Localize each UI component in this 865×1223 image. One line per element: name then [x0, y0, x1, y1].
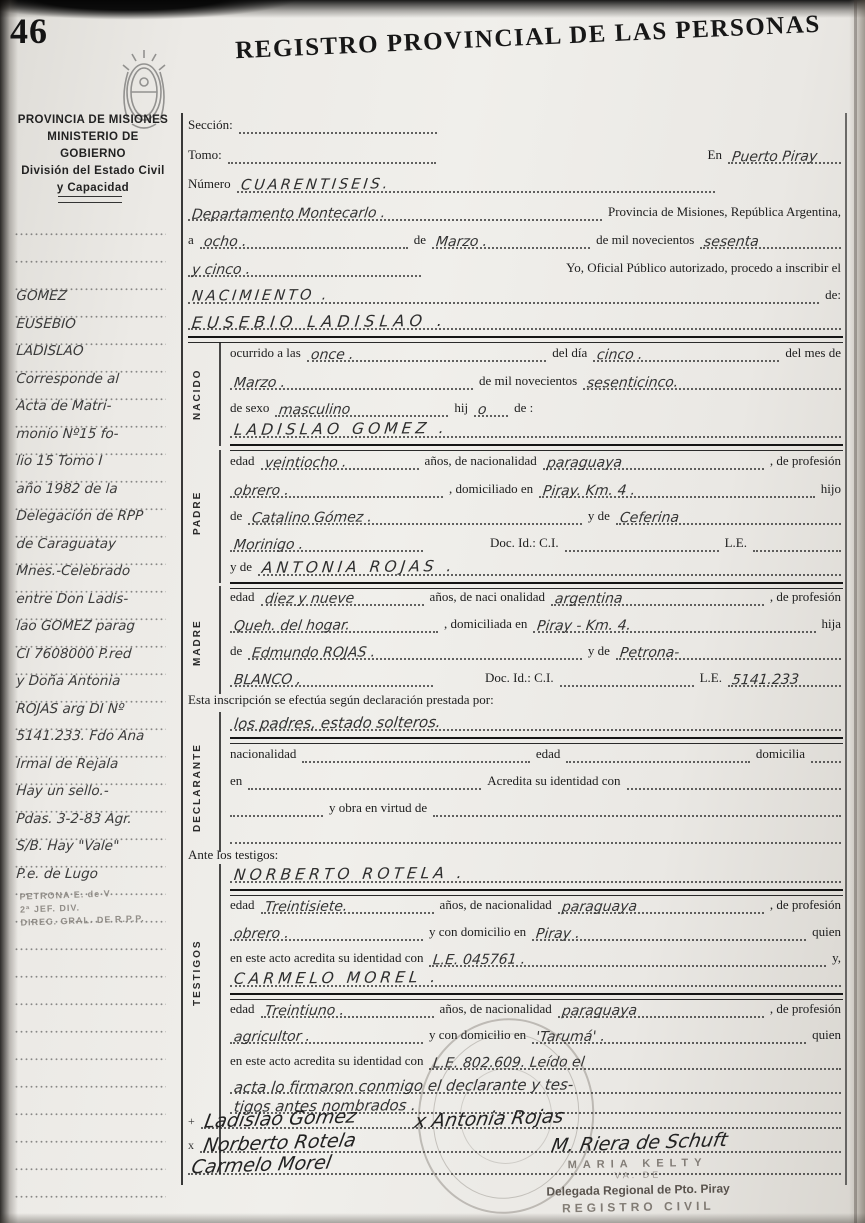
- margin-note-line: lao GOMEZ parag: [15, 618, 175, 646]
- mes-nac-handwritten: Marzo .: [233, 375, 286, 392]
- edad-label-d: edad: [536, 747, 561, 763]
- testigo2-nacionalidad-line: paraguaya: [558, 1001, 764, 1018]
- anos-nac-label: años, de nacionalidad: [425, 454, 537, 470]
- row-nacido-sexo: de sexo masculino hij o de :: [230, 400, 841, 417]
- row-anio2: y cinco . Yo, Oficial Público autorizado…: [188, 260, 841, 277]
- padre-edad-handwritten: veintiocho .: [264, 455, 348, 472]
- testigo2-domicilio-line: 'Tarumá' .: [532, 1027, 806, 1044]
- row-testigo1-edad: edad Treintisiete. años, de nacionalidad…: [230, 897, 841, 914]
- y-coma-label: y,: [832, 951, 841, 967]
- row-fecha: a ocho . de Marzo . de mil novecientos s…: [188, 232, 841, 249]
- le-label: L.E.: [725, 536, 747, 552]
- nacido-bracket: [219, 342, 221, 446]
- scan-edge-right: [849, 0, 865, 1223]
- domiciliado-label: , domiciliado en: [449, 482, 533, 498]
- numero-line: CUARENTISEIS.: [237, 176, 715, 193]
- doc-ci-label-m: Doc. Id.: C.I.: [485, 671, 554, 687]
- anos-nac-label-t2: años, de nacionalidad: [440, 1002, 552, 1018]
- madre-nombre-handwritten: ANTONIA ROJAS .: [261, 558, 457, 577]
- row-acto: NACIMIENTO . de:: [188, 287, 841, 304]
- departamento-handwritten: Departamento Montecarlo .: [191, 205, 386, 223]
- row-madre-abuelos: de Edmundo ROJAS . y de Petrona-: [230, 643, 841, 660]
- row-declarante-extra: [230, 827, 841, 844]
- separator-rule: [188, 336, 843, 343]
- margin-note-line: año 1982 de la: [15, 481, 175, 509]
- ante-testigos-label: Ante los testigos:: [188, 848, 278, 864]
- margin-note-line: de Caraguatay: [15, 536, 175, 564]
- separator-rule: [230, 737, 843, 744]
- abuelo-p-handwritten: Catalino Gómez .: [251, 509, 373, 526]
- declarante-nacionalidad-line: [302, 746, 529, 763]
- margin-note-line: entre Don Ladis-: [15, 591, 175, 619]
- anio-handwritten: sesenta: [703, 234, 760, 251]
- dia-nac-line: cinco .: [593, 345, 779, 362]
- testigo2-profesion-handwritten: agricultor .: [233, 1029, 311, 1046]
- firma-marca-1: +: [188, 1115, 195, 1129]
- padre-bracket: [219, 450, 221, 583]
- domicilia-label: domicilia: [756, 747, 805, 763]
- margin-note-line: 5141.233. Fdo Ana: [15, 728, 175, 756]
- row-departamento: Departamento Montecarlo . Provincia de M…: [188, 204, 841, 221]
- acredita-label-t1: en este acto acredita su identidad con: [230, 951, 423, 967]
- row-madre-edad: edad diez y nueve años, de naci onalidad…: [230, 589, 841, 606]
- row-declarante-obra: y obra en virtud de: [230, 800, 841, 817]
- spacer: [429, 542, 484, 552]
- row-ante-testigos: Ante los testigos:: [188, 848, 841, 864]
- declarante-section-label: DECLARANTE: [192, 730, 203, 845]
- margin-note-line: Corresponde al: [15, 371, 175, 399]
- delegada-stamp: MARIA KELTY VA. DE Delegada Regional de …: [488, 1155, 789, 1216]
- margin-note-line: y Doña Antonia: [15, 673, 175, 701]
- scanned-birth-certificate: 46 REGISTRO PROVINCIAL DE LAS PERSONAS P…: [0, 0, 865, 1223]
- scan-edge-bottom: [0, 1213, 865, 1223]
- row-testigo1-doc: en este acto acredita su identidad con L…: [230, 950, 841, 967]
- margin-note-line: ROJAS arg DI Nº: [15, 701, 175, 729]
- madre-domicilio-handwritten: Piray - Km. 4.: [536, 617, 632, 634]
- hijo-o-handwritten: o: [477, 402, 487, 418]
- row-declarante-acredita: en Acredita su identidad con: [230, 773, 841, 790]
- testigo1-nacionalidad-handwritten: paraguaya: [561, 899, 638, 916]
- sexo-label: de sexo: [230, 401, 269, 417]
- margin-note-line: LADISLAO: [15, 343, 175, 371]
- le-label-m: L.E.: [700, 671, 722, 687]
- padre-domicilio-line: Piray. Km. 4 .: [539, 481, 815, 498]
- declarante-intro-label: Esta inscripción se efectúa según declar…: [188, 693, 494, 709]
- edad-label: edad: [230, 454, 255, 470]
- declarante-valor-handwritten: los padres, estado solteros.: [233, 714, 442, 733]
- separator-rule: [230, 993, 843, 1000]
- row-padre-domicilio: obrero . , domiciliado en Piray. Km. 4 .…: [230, 481, 841, 498]
- en-line: Puerto Piray: [728, 147, 841, 164]
- madre-edad-handwritten: diez y nueve: [264, 591, 355, 608]
- padre-nacionalidad-line: paraguaya: [543, 453, 764, 470]
- row-declarante-intro: Esta inscripción se efectúa según declar…: [188, 693, 841, 709]
- spacer: [443, 124, 841, 134]
- margin-note-line: Acta de Matri-: [15, 398, 175, 426]
- a-label: a: [188, 233, 194, 249]
- row-inscripto: EUSEBIO LADISLAO .: [188, 313, 841, 330]
- hija-label: hija: [822, 617, 842, 633]
- abuelo-m-handwritten: Edmundo ROJAS .: [251, 644, 376, 661]
- separator-rule: [230, 582, 843, 589]
- abuela-m2-handwritten: BLANCO ,: [233, 672, 302, 689]
- hijo-o-line: o: [474, 400, 508, 417]
- sexo-handwritten: masculino: [278, 402, 351, 419]
- de-dos-label: de :: [514, 401, 533, 417]
- seccion-label: Sección:: [188, 118, 233, 134]
- del-mes-label: del mes de: [785, 346, 841, 362]
- anos-nac-label-m: años, de naci onalidad: [430, 590, 546, 606]
- testigo1-profesion-handwritten: obrero .: [233, 926, 290, 943]
- row-testigo1-domicilio: obrero . y con domicilio en Piray . quie…: [230, 924, 841, 941]
- hora-line: once .: [307, 345, 547, 362]
- abuela-m-line: Petrona-: [616, 643, 841, 660]
- padre-profesion-handwritten: obrero .: [233, 483, 290, 500]
- margin-note-line: Delegación de RPP: [15, 508, 175, 536]
- y-de-madre-label: y de: [230, 560, 252, 576]
- row-nacido-hora: ocurrido a las once . del día cinco . de…: [230, 345, 841, 362]
- spacer: [442, 154, 702, 164]
- oficial-label: Yo, Oficial Público autorizado, procedo …: [427, 261, 841, 277]
- en-label: En: [708, 148, 722, 164]
- testigos-section-label: TESTIGOS: [192, 925, 203, 1020]
- ministry-header-line: PROVINCIA DE MISIONES: [14, 112, 172, 129]
- nacido-section-label: NACIDO: [192, 348, 203, 440]
- page-number: 46: [10, 10, 48, 52]
- madre-nacionalidad-line: argentina: [551, 589, 764, 606]
- declarante-extra-line: [230, 827, 841, 844]
- delegada-stamp-title: Delegada Regional de Pto. Piray: [488, 1180, 788, 1199]
- testigo2-nombre-handwritten: CARMELO MOREL .: [233, 969, 441, 989]
- padre-domicilio-handwritten: Piray. Km. 4 .: [542, 483, 636, 500]
- margin-note-line: S/B. Hay "Vale": [15, 838, 175, 866]
- anio2-line: y cinco .: [188, 260, 421, 277]
- row-seccion: Sección:: [188, 117, 841, 134]
- declarante-edad-line: [566, 746, 750, 763]
- margin-note-line: CI 7608000 P.red: [15, 646, 175, 674]
- row-declarante-valor: los padres, estado solteros.: [230, 714, 841, 731]
- mes-nac-line: Marzo .: [230, 373, 473, 390]
- mes-line: Marzo .: [432, 232, 590, 249]
- edad-label-t1: edad: [230, 898, 255, 914]
- de-label-m: de: [230, 644, 242, 660]
- madre-bracket: [219, 586, 221, 694]
- testigo1-nacionalidad-line: paraguaya: [558, 897, 764, 914]
- margin-note-line: Pdas. 3-2-83 Agr.: [15, 811, 175, 839]
- dia-handwritten: ocho .: [203, 234, 247, 250]
- de-label: de: [230, 509, 242, 525]
- row-madre-doc: BLANCO , Doc. Id.: C.I. L.E. 5141.233: [230, 670, 841, 687]
- margin-annotations: GOMEZEUSEBIOLADISLAOCorresponde alActa d…: [16, 288, 174, 893]
- tomo-label: Tomo:: [188, 148, 222, 164]
- row-declarante-datos: nacionalidad edad domicilia: [230, 746, 841, 763]
- inscripto-handwritten: EUSEBIO LADISLAO .: [191, 311, 449, 332]
- anio-nac-line: sesenticinco.: [583, 373, 841, 390]
- departamento-line: Departamento Montecarlo .: [188, 204, 602, 221]
- testigo1-doc-handwritten: L.E. 045761 .: [433, 952, 527, 969]
- profesion-label-t1: , de profesión: [770, 898, 841, 914]
- separator-rule: [230, 444, 843, 451]
- en-label-d: en: [230, 774, 242, 790]
- padre-ci-line: [565, 535, 719, 552]
- padre-nacionalidad-handwritten: paraguaya: [546, 455, 623, 472]
- sexo-line: masculino: [275, 400, 448, 417]
- novecientos-label: de mil novecientos: [596, 233, 694, 249]
- testigo1-edad-line: Treintisiete.: [261, 897, 434, 914]
- ocurrido-label: ocurrido a las: [230, 346, 301, 362]
- form-right-rule: [845, 113, 847, 1185]
- margin-note-line: monio Nº15 fo-: [15, 426, 175, 454]
- registry-title: REGISTRO PROVINCIAL DE LAS PERSONAS: [228, 10, 829, 65]
- row-numero: Número CUARENTISEIS.: [188, 176, 715, 193]
- quien-label-t1: quien: [812, 925, 841, 941]
- seccion-line: [239, 117, 437, 134]
- anio2-handwritten: y cinco .: [191, 262, 251, 279]
- separator-rule: [230, 889, 843, 896]
- acredita-label-t2: en este acto acredita su identidad con: [230, 1054, 423, 1070]
- padre-nombre-line: LADISLAO GOMEZ .: [230, 421, 841, 438]
- ministry-underline: [58, 196, 122, 203]
- del-dia-label: del día: [552, 346, 587, 362]
- acredita-label: Acredita su identidad con: [487, 774, 620, 790]
- abuela-p2-handwritten: Morinigo .: [233, 537, 304, 554]
- nacionalidad-label: nacionalidad: [230, 747, 296, 763]
- testigo2-nacionalidad-handwritten: paraguaya: [561, 1003, 638, 1020]
- de-colon-label: de:: [825, 288, 841, 304]
- numero-handwritten: CUARENTISEIS.: [240, 177, 391, 195]
- row-madre-domicilio: Queh. del hogar. , domiciliada en Piray …: [230, 616, 841, 633]
- row-testigo1-nombre: NORBERTO ROTELA .: [230, 866, 841, 883]
- madre-edad-line: diez y nueve: [261, 589, 424, 606]
- margin-official-stamp: PETRONA E. de V2ª JEF. DIV.DIREC. GRAL. …: [19, 885, 170, 929]
- novecientos-nac-label: de mil novecientos: [479, 374, 577, 390]
- obra-label: y obra en virtud de: [329, 801, 427, 817]
- form-left-rule: [181, 113, 183, 1185]
- testigo2-nombre-line: CARMELO MOREL .: [230, 970, 841, 987]
- padre-nombre-handwritten: LADISLAO GOMEZ .: [233, 420, 449, 440]
- madre-domicilio-line: Piray - Km. 4.: [533, 616, 815, 633]
- declarante-acredita-line: [627, 773, 842, 790]
- abuela-m-handwritten: Petrona-: [619, 645, 680, 662]
- declarante-obra-line: [433, 800, 841, 817]
- abuela-m2-line: BLANCO ,: [230, 670, 433, 687]
- margin-note-line: lio 15 Tomo I: [15, 453, 175, 481]
- edad-label-t2: edad: [230, 1002, 255, 1018]
- quien-label-t2: quien: [812, 1028, 841, 1044]
- provincia-label: Provincia de Misiones, República Argenti…: [608, 205, 841, 221]
- lugar-handwritten: Puerto Piray: [731, 149, 818, 166]
- padre-edad-line: veintiocho .: [261, 453, 419, 470]
- y-de-label-m: y de: [588, 644, 610, 660]
- doc-ci-label: Doc. Id.: C.I.: [490, 536, 559, 552]
- anio-line: sesenta: [700, 232, 841, 249]
- abuela-p-line: Ceferina: [616, 508, 841, 525]
- firma-carmelo-morel: Carmelo Morel: [190, 1153, 333, 1180]
- declarante-bracket: [219, 712, 221, 852]
- margin-note-line: Mnes.-Celebrado: [15, 563, 175, 591]
- row-padre-edad: edad veintiocho . años, de nacionalidad …: [230, 453, 841, 470]
- row-madre-nombre: y de ANTONIA ROJAS .: [230, 559, 841, 576]
- testigo1-nombre-handwritten: NORBERTO ROTELA .: [233, 865, 467, 885]
- declarante-domicilia-line: [811, 746, 841, 763]
- madre-nombre-line: ANTONIA ROJAS .: [258, 559, 841, 576]
- spacer: [439, 677, 479, 687]
- testigo1-edad-handwritten: Treintisiete.: [264, 899, 348, 916]
- margin-note-line: Hay un sello.-: [15, 783, 175, 811]
- tomo-line: [228, 147, 436, 164]
- numero-label: Número: [188, 177, 231, 193]
- profesion-label-m: , de profesión: [770, 590, 841, 606]
- row-padre-abuelos: de Catalino Gómez . y de Ceferina: [230, 508, 841, 525]
- madre-profesion-line: Queh. del hogar.: [230, 616, 438, 633]
- row-testigo2-edad: edad Treintiuno . años, de nacionalidad …: [230, 1001, 841, 1018]
- padre-le-line: [753, 535, 841, 552]
- profesion-label-t2: , de profesión: [770, 1002, 841, 1018]
- row-nacido-mes: Marzo . de mil novecientos sesenticinco.: [230, 373, 841, 390]
- margin-note-line: Irmal de Rejala: [15, 756, 175, 784]
- row-testigo2-nombre: CARMELO MOREL .: [230, 970, 841, 987]
- acto-handwritten: NACIMIENTO .: [191, 288, 330, 306]
- hijo-label: hijo: [821, 482, 841, 498]
- margin-note-line: GOMEZ: [15, 288, 175, 316]
- spacer: [539, 407, 841, 417]
- testigo2-edad-handwritten: Treintiuno .: [264, 1003, 345, 1020]
- abuela-p-handwritten: Ceferina: [619, 510, 680, 527]
- madre-ci-line: [560, 670, 694, 687]
- inscripto-line: EUSEBIO LADISLAO .: [188, 313, 841, 330]
- madre-profesion-handwritten: Queh. del hogar.: [233, 617, 351, 634]
- mes-handwritten: Marzo .: [435, 234, 488, 251]
- abuelo-m-line: Edmundo ROJAS .: [248, 643, 582, 660]
- declarante-valor-line: los padres, estado solteros.: [230, 714, 841, 731]
- ministry-header: PROVINCIA DE MISIONESMINISTERIO DE GOBIE…: [14, 112, 172, 197]
- padre-profesion-line: obrero .: [230, 481, 443, 498]
- declarante-obra-pre-line: [230, 800, 323, 817]
- hora-handwritten: once .: [310, 347, 355, 363]
- testigo1-domicilio-handwritten: Piray .: [535, 926, 581, 942]
- ministry-header-line: División del Estado Civil: [14, 163, 172, 180]
- declarante-en-line: [248, 773, 481, 790]
- testigo1-profesion-line: obrero .: [230, 924, 423, 941]
- row-padre-nombre: LADISLAO GOMEZ .: [230, 421, 841, 438]
- testigo1-domicilio-line: Piray .: [532, 924, 806, 941]
- y-de-label: y de: [588, 509, 610, 525]
- de-label: de: [414, 233, 426, 249]
- testigo1-doc-line: L.E. 045761 .: [429, 950, 826, 967]
- row-tomo: Tomo: En Puerto Piray: [188, 147, 841, 164]
- madre-le-handwritten: 5141.233: [731, 672, 800, 689]
- domiciliada-label: , domiciliada en: [444, 617, 527, 633]
- firma-marca-2: x: [188, 1139, 194, 1153]
- margin-note-line: EUSEBIO: [15, 316, 175, 344]
- row-padre-doc: Morinigo . Doc. Id.: C.I. L.E.: [230, 535, 841, 552]
- dia-line: ocho .: [200, 232, 408, 249]
- testigo1-nombre-line: NORBERTO ROTELA .: [230, 866, 841, 883]
- anos-nac-label-t1: años, de nacionalidad: [440, 898, 552, 914]
- dia-nac-handwritten: cinco .: [596, 347, 644, 363]
- profesion-label: , de profesión: [770, 454, 841, 470]
- testigo2-edad-line: Treintiuno .: [261, 1001, 434, 1018]
- anio-nac-handwritten: sesenticinco.: [586, 375, 679, 392]
- ministry-header-line: MINISTERIO DE GOBIERNO: [14, 129, 172, 163]
- madre-le-line: 5141.233: [728, 670, 841, 687]
- hij-label: hij: [454, 401, 468, 417]
- madre-nacionalidad-handwritten: argentina: [554, 591, 623, 608]
- page-fold-line: [854, 0, 857, 1223]
- padre-section-label: PADRE: [192, 468, 203, 558]
- acto-line: NACIMIENTO .: [188, 287, 819, 304]
- ministry-header-line: y Capacidad: [14, 180, 172, 197]
- edad-label-m: edad: [230, 590, 255, 606]
- abuelo-p-line: Catalino Gómez .: [248, 508, 582, 525]
- domicilio-label-t1: y con domicilio en: [429, 925, 526, 941]
- madre-section-label: MADRE: [192, 600, 203, 685]
- abuela-p2-line: Morinigo .: [230, 535, 423, 552]
- testigo2-profesion-line: agricultor .: [230, 1027, 423, 1044]
